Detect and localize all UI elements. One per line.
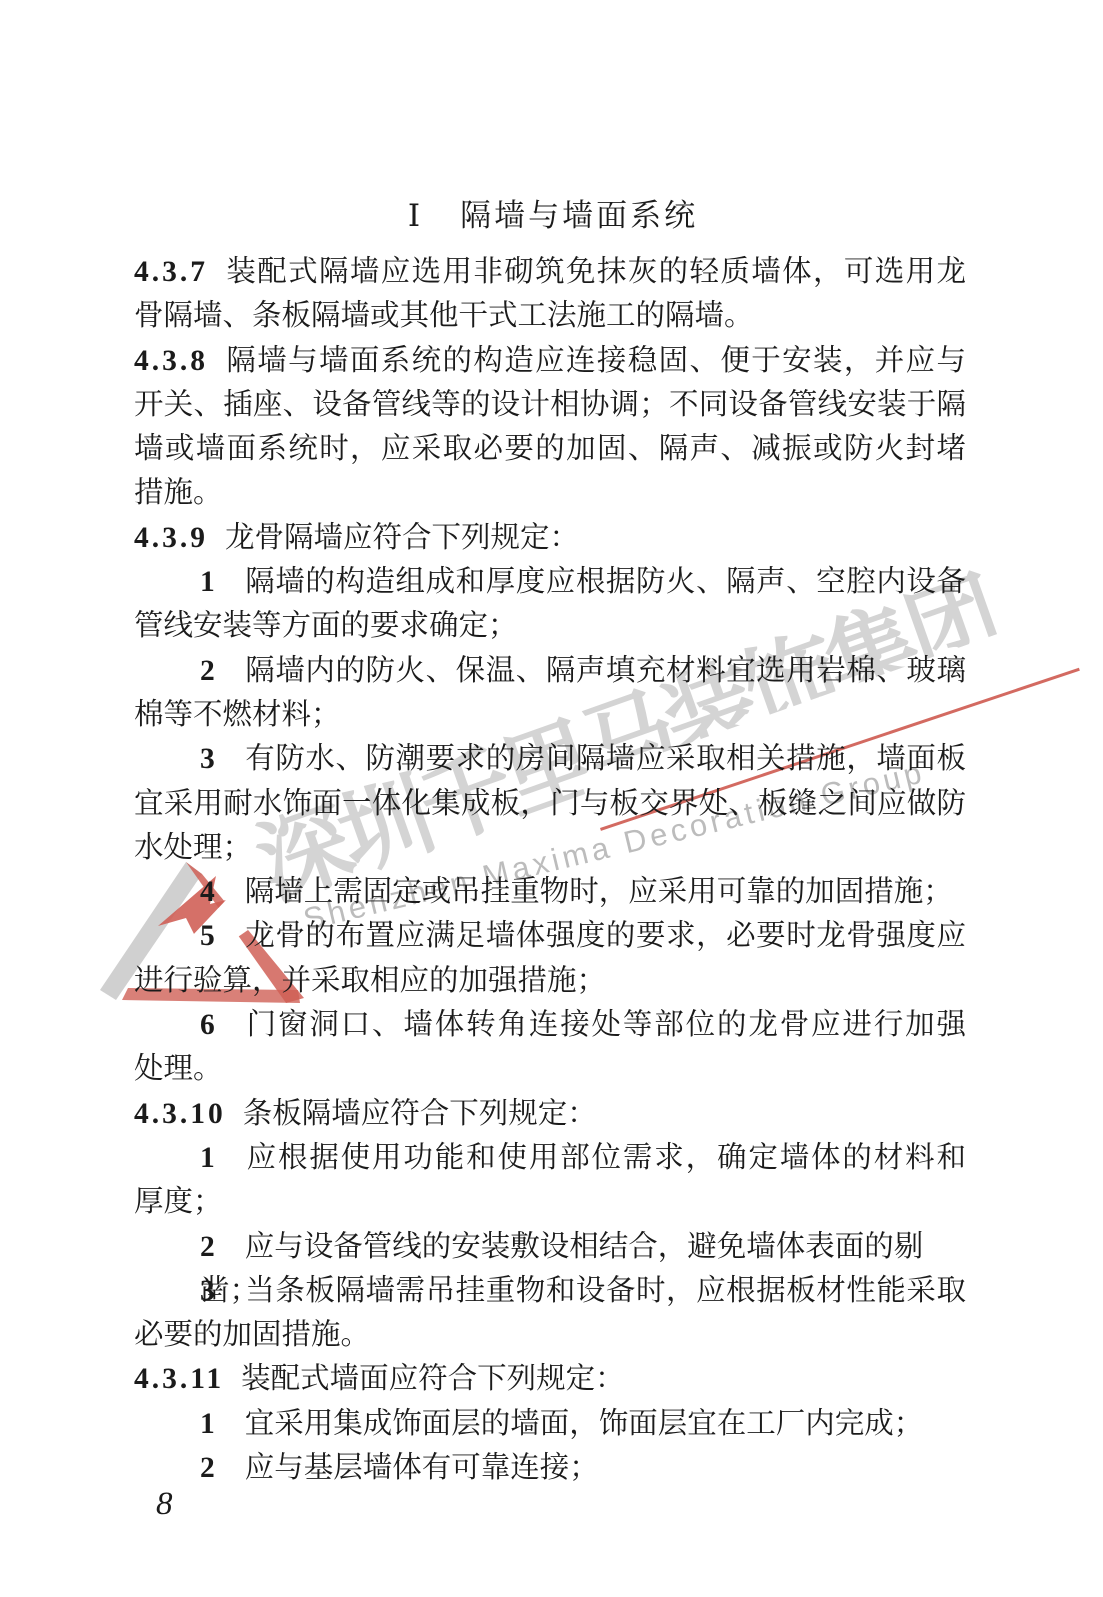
item-number: 2 bbox=[200, 1452, 215, 1484]
clause-text-block: 4.3.7装配式隔墙应选用非砌筑免抹灰的轻质墙体，可选用龙 骨隔墙、条板隔墙或其… bbox=[134, 250, 966, 1490]
text-line: 5龙骨的布置应满足墙体强度的要求，必要时龙骨强度应 bbox=[134, 914, 966, 958]
line-text: 门窗洞口、墙体转角连接处等部位的龙骨应进行加强 bbox=[245, 1009, 966, 1041]
text-line: 4隔墙上需固定或吊挂重物时，应采用可靠的加固措施； bbox=[134, 870, 966, 914]
line-text: 应根据使用功能和使用部位需求，确定墙体的材料和 bbox=[245, 1142, 966, 1174]
line-text: 骨隔墙、条板隔墙或其他干式工法施工的隔墙。 bbox=[134, 300, 754, 332]
item-number: 6 bbox=[200, 1009, 215, 1041]
line-text: 应与基层墙体有可靠连接； bbox=[245, 1452, 599, 1484]
text-line: 1宜采用集成饰面层的墙面，饰面层宜在工厂内完成； bbox=[134, 1402, 966, 1446]
text-line: 4.3.8隔墙与墙面系统的构造应连接稳固、便于安装，并应与 bbox=[134, 339, 966, 383]
line-text: 措施。 bbox=[134, 477, 223, 509]
line-text: 龙骨隔墙应符合下列规定： bbox=[225, 522, 579, 554]
line-text: 开关、插座、设备管线等的设计相协调；不同设备管线安装于隔 bbox=[134, 389, 966, 421]
line-text: 条板隔墙应符合下列规定： bbox=[243, 1098, 597, 1130]
clause-number: 4.3.8 bbox=[134, 345, 208, 377]
item-number: 1 bbox=[200, 566, 215, 598]
text-line: 3有防水、防潮要求的房间隔墙应采取相关措施，墙面板 bbox=[134, 737, 966, 781]
line-text: 龙骨的布置应满足墙体强度的要求，必要时龙骨强度应 bbox=[245, 920, 966, 952]
text-line: 2应与设备管线的安装敷设相结合，避免墙体表面的剔凿； bbox=[134, 1225, 966, 1269]
text-line: 进行验算，并采取相应的加强措施； bbox=[134, 959, 966, 1003]
clause-number: 4.3.10 bbox=[134, 1098, 226, 1130]
line-text: 装配式隔墙应选用非砌筑免抹灰的轻质墙体，可选用龙 bbox=[225, 256, 966, 288]
page-number: 8 bbox=[156, 1486, 173, 1523]
line-text: 棉等不燃材料； bbox=[134, 699, 341, 731]
item-number: 3 bbox=[200, 1275, 215, 1307]
line-text: 当条板隔墙需吊挂重物和设备时，应根据板材性能采取 bbox=[245, 1275, 966, 1307]
document-content: Ⅰ隔墙与墙面系统 4.3.7装配式隔墙应选用非砌筑免抹灰的轻质墙体，可选用龙 骨… bbox=[0, 0, 1103, 1597]
line-text: 隔墙与墙面系统的构造应连接稳固、便于安装，并应与 bbox=[225, 345, 966, 377]
line-text: 隔墙的构造组成和厚度应根据防火、隔声、空腔内设备 bbox=[245, 566, 966, 598]
section-title-text: 隔墙与墙面系统 bbox=[460, 198, 698, 233]
text-line: 4.3.10条板隔墙应符合下列规定： bbox=[134, 1092, 966, 1136]
item-number: 1 bbox=[200, 1142, 215, 1174]
document-page: 深圳千里马装饰集团 Shenzhen Maxima Decoration Gro… bbox=[0, 0, 1103, 1597]
text-line: 墙或墙面系统时，应采取必要的加固、隔声、减振或防火封堵 bbox=[134, 427, 966, 471]
text-line: 3当条板隔墙需吊挂重物和设备时，应根据板材性能采取 bbox=[134, 1269, 966, 1313]
line-text: 隔墙内的防火、保温、隔声填充材料宜选用岩棉、玻璃 bbox=[245, 655, 966, 687]
item-number: 2 bbox=[200, 1231, 215, 1263]
text-line: 开关、插座、设备管线等的设计相协调；不同设备管线安装于隔 bbox=[134, 383, 966, 427]
line-text: 处理。 bbox=[134, 1053, 223, 1085]
text-line: 厚度； bbox=[134, 1180, 966, 1224]
line-text: 有防水、防潮要求的房间隔墙应采取相关措施，墙面板 bbox=[245, 743, 966, 775]
line-text: 管线安装等方面的要求确定； bbox=[134, 610, 518, 642]
text-line: 6门窗洞口、墙体转角连接处等部位的龙骨应进行加强 bbox=[134, 1003, 966, 1047]
clause-number: 4.3.9 bbox=[134, 522, 208, 554]
text-line: 4.3.7装配式隔墙应选用非砌筑免抹灰的轻质墙体，可选用龙 bbox=[134, 250, 966, 294]
line-text: 宜采用耐水饰面一体化集成板，门与板交界处、板缝之间应做防 bbox=[134, 788, 966, 820]
clause-number: 4.3.11 bbox=[134, 1363, 224, 1395]
text-line: 处理。 bbox=[134, 1047, 966, 1091]
item-number: 4 bbox=[200, 876, 215, 908]
text-line: 棉等不燃材料； bbox=[134, 693, 966, 737]
line-text: 宜采用集成饰面层的墙面，饰面层宜在工厂内完成； bbox=[245, 1408, 924, 1440]
line-text: 装配式墙面应符合下列规定： bbox=[241, 1363, 625, 1395]
section-title: Ⅰ隔墙与墙面系统 bbox=[138, 190, 968, 235]
line-text: 墙或墙面系统时，应采取必要的加固、隔声、减振或防火封堵 bbox=[134, 433, 966, 465]
line-text: 进行验算，并采取相应的加强措施； bbox=[134, 965, 606, 997]
text-line: 水处理； bbox=[134, 826, 966, 870]
text-line: 必要的加固措施。 bbox=[134, 1313, 966, 1357]
text-line: 1应根据使用功能和使用部位需求，确定墙体的材料和 bbox=[134, 1136, 966, 1180]
text-line: 骨隔墙、条板隔墙或其他干式工法施工的隔墙。 bbox=[134, 294, 966, 338]
text-line: 4.3.9龙骨隔墙应符合下列规定： bbox=[134, 516, 966, 560]
text-line: 管线安装等方面的要求确定； bbox=[134, 604, 966, 648]
section-numeral: Ⅰ bbox=[408, 198, 420, 233]
item-number: 2 bbox=[200, 655, 215, 687]
item-number: 3 bbox=[200, 743, 215, 775]
line-text: 厚度； bbox=[134, 1186, 223, 1218]
text-line: 2隔墙内的防火、保温、隔声填充材料宜选用岩棉、玻璃 bbox=[134, 649, 966, 693]
text-line: 1隔墙的构造组成和厚度应根据防火、隔声、空腔内设备 bbox=[134, 560, 966, 604]
text-line: 宜采用耐水饰面一体化集成板，门与板交界处、板缝之间应做防 bbox=[134, 782, 966, 826]
line-text: 水处理； bbox=[134, 832, 252, 864]
line-text: 必要的加固措施。 bbox=[134, 1319, 370, 1351]
text-line: 2应与基层墙体有可靠连接； bbox=[134, 1446, 966, 1490]
text-line: 措施。 bbox=[134, 471, 966, 515]
item-number: 1 bbox=[200, 1408, 215, 1440]
clause-number: 4.3.7 bbox=[134, 256, 208, 288]
text-line: 4.3.11装配式墙面应符合下列规定： bbox=[134, 1357, 966, 1401]
line-text: 隔墙上需固定或吊挂重物时，应采用可靠的加固措施； bbox=[245, 876, 953, 908]
item-number: 5 bbox=[200, 920, 215, 952]
